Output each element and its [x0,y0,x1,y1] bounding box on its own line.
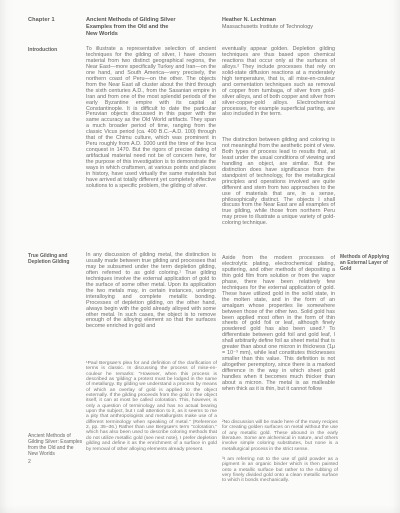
body-paragraph-aesthetic: The distinction between gilding and colo… [222,138,335,227]
chapter-label: Chapter 1 [28,17,55,23]
body-paragraph-gilding-distinction: In any discussion of gilding metal, the … [86,253,216,330]
author-block: Heather N. Lechtman Massachusetts Instit… [222,17,352,31]
body-paragraph-depletion: eventually appear golden. Depletion gild… [222,47,335,118]
document-page: Chapter 1 Ancient Methods of Gilding Sil… [0,0,400,513]
section-label-true-gilding: True Gilding and Depletion Gilding [28,253,84,265]
running-title: Ancient Methods of Gilding Silver: Examp… [28,433,88,457]
body-paragraph-methods: Aside from the modern processes of elect… [222,256,335,393]
section-label-introduction: Introduction [28,47,84,53]
footnote-1: ¹Paul Bergsøe's plea for and definition … [86,361,217,452]
footnote-3: ³I am referring not to the use of gold p… [222,457,338,484]
scan-edge-left [0,0,14,513]
author-name: Heather N. Lechtman [222,17,352,24]
scan-edge-bottom [0,505,400,513]
body-paragraph-intro: To illustrate a representative selection… [86,47,216,190]
footnote-2: ²No discussion will be made here of the … [222,420,338,452]
page-title: Ancient Methods of Gilding Silver Exampl… [86,17,204,38]
page-number: 2 [28,459,88,465]
running-footer: Ancient Methods of Gilding Silver: Examp… [28,433,88,465]
section-label-methods: Methods of Applying an External Layer of… [340,254,397,272]
author-affiliation: Massachusetts Institute of Technology [222,24,352,31]
